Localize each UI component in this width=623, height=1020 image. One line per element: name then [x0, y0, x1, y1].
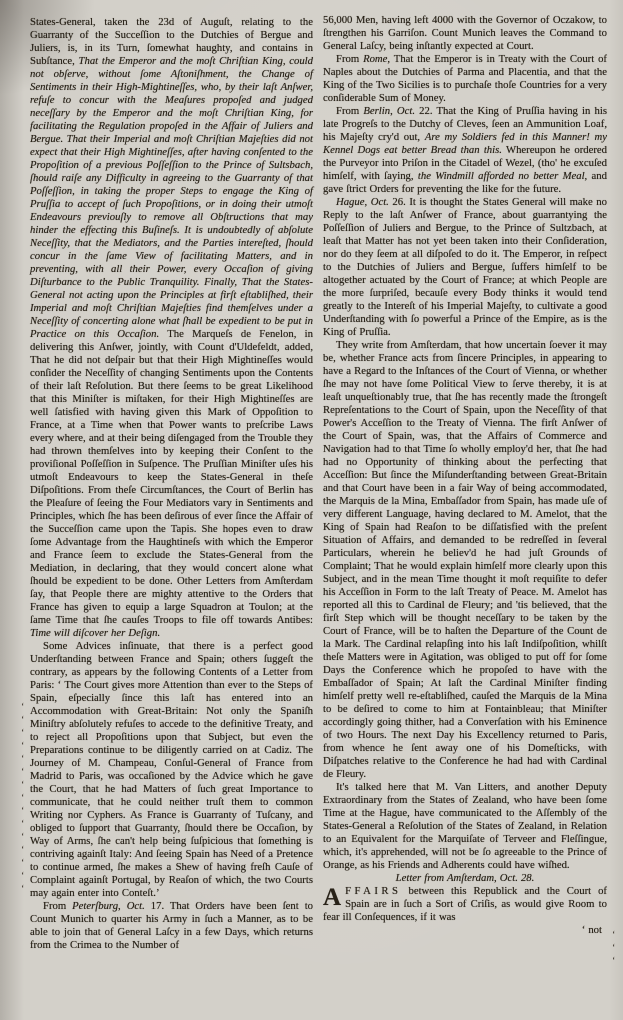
text-run: Berlin	[363, 105, 390, 117]
text-run: ‘ not	[582, 924, 602, 936]
quote-mark: ‘	[21, 792, 29, 805]
quote-mark: ‘	[21, 701, 29, 714]
text-run: From	[336, 105, 363, 117]
quote-mark: ‘	[21, 740, 29, 753]
quote-mark: ‘	[21, 870, 29, 883]
text-run: That the Emperor and the moſt Chriſtian …	[30, 55, 313, 340]
quote-mark: ‘	[612, 942, 620, 955]
left-column: States-General, taken the 23d of Auguſt,…	[30, 16, 313, 1014]
text-run: 26. It is thought the States General wil…	[323, 196, 607, 338]
text-run: ,	[390, 105, 397, 117]
paragraph: They write from Amſterdam, that how unce…	[323, 339, 607, 781]
text-run: Oct.	[127, 900, 145, 912]
quote-mark: ‘	[21, 844, 29, 857]
quote-mark-gutter: ‘‘‘	[612, 929, 620, 968]
quote-mark: ‘	[21, 714, 29, 727]
paragraph: 56,000 Men, having left 4000 with the Go…	[323, 14, 607, 53]
text-run: From	[43, 900, 72, 912]
quote-mark: ‘	[21, 805, 29, 818]
paragraph: From Peterſburg, Oct. 17. That Orders ha…	[30, 900, 313, 952]
text-run: FFAIRS	[345, 885, 401, 897]
quote-mark: ‘	[21, 753, 29, 766]
text-run: 56,000 Men, having left 4000 with the Go…	[323, 14, 607, 52]
text-run: ,	[118, 900, 127, 912]
quote-mark-gutter: ‘‘‘‘‘‘‘‘‘‘‘‘‘‘‘	[21, 701, 29, 896]
text-run: Rome	[363, 53, 387, 65]
text-run: Letter from Amſterdam, Oct. 28.	[396, 872, 535, 884]
text-run: Some Advices inſinuate, that there is a …	[30, 640, 313, 899]
quote-mark: ‘	[21, 831, 29, 844]
right-column: 56,000 Men, having left 4000 with the Go…	[323, 14, 607, 1016]
quote-mark: ‘	[612, 955, 620, 968]
quote-mark: ‘	[21, 727, 29, 740]
text-run: Oct.	[397, 105, 415, 117]
text-run: They write from Amſterdam, that how unce…	[323, 339, 607, 780]
text-run: Time will diſcover her Deſign.	[30, 627, 160, 639]
quote-mark: ‘	[21, 883, 29, 896]
newspaper-page: States-General, taken the 23d of Auguſt,…	[0, 0, 623, 1020]
text-run: The Marqueſs de Fenelon, in delivering t…	[30, 328, 313, 626]
letter-opening: AFFAIRS between this Republick and the C…	[323, 885, 607, 924]
paragraph: States-General, taken the 23d of Auguſt,…	[30, 16, 313, 640]
quote-mark: ‘	[21, 766, 29, 779]
paragraph: It's talked here that M. Van Litters, an…	[323, 781, 607, 872]
text-run: From	[336, 53, 363, 65]
quote-mark: ‘	[21, 779, 29, 792]
quote-mark: ‘	[21, 818, 29, 831]
letter-heading: Letter from Amſterdam, Oct. 28.	[323, 872, 607, 885]
paragraph: Some Advices inſinuate, that there is a …	[30, 640, 313, 900]
paragraph: From Berlin, Oct. 22. That the King of P…	[323, 105, 607, 196]
text-run: Peterſburg	[72, 900, 118, 912]
paragraph: From Rome, That the Emperor is in Treaty…	[323, 53, 607, 105]
quote-mark: ‘	[21, 857, 29, 870]
text-run: It's talked here that M. Van Litters, an…	[323, 781, 607, 871]
text-run: the Windmill afforded no better Meal	[418, 170, 585, 182]
text-run: Oct.	[371, 196, 389, 208]
catchword: ‘ not	[323, 924, 607, 937]
drop-cap: A	[323, 885, 345, 909]
text-run: Hague	[336, 196, 365, 208]
quote-mark: ‘	[612, 929, 620, 942]
paragraph: Hague, Oct. 26. It is thought the States…	[323, 196, 607, 339]
